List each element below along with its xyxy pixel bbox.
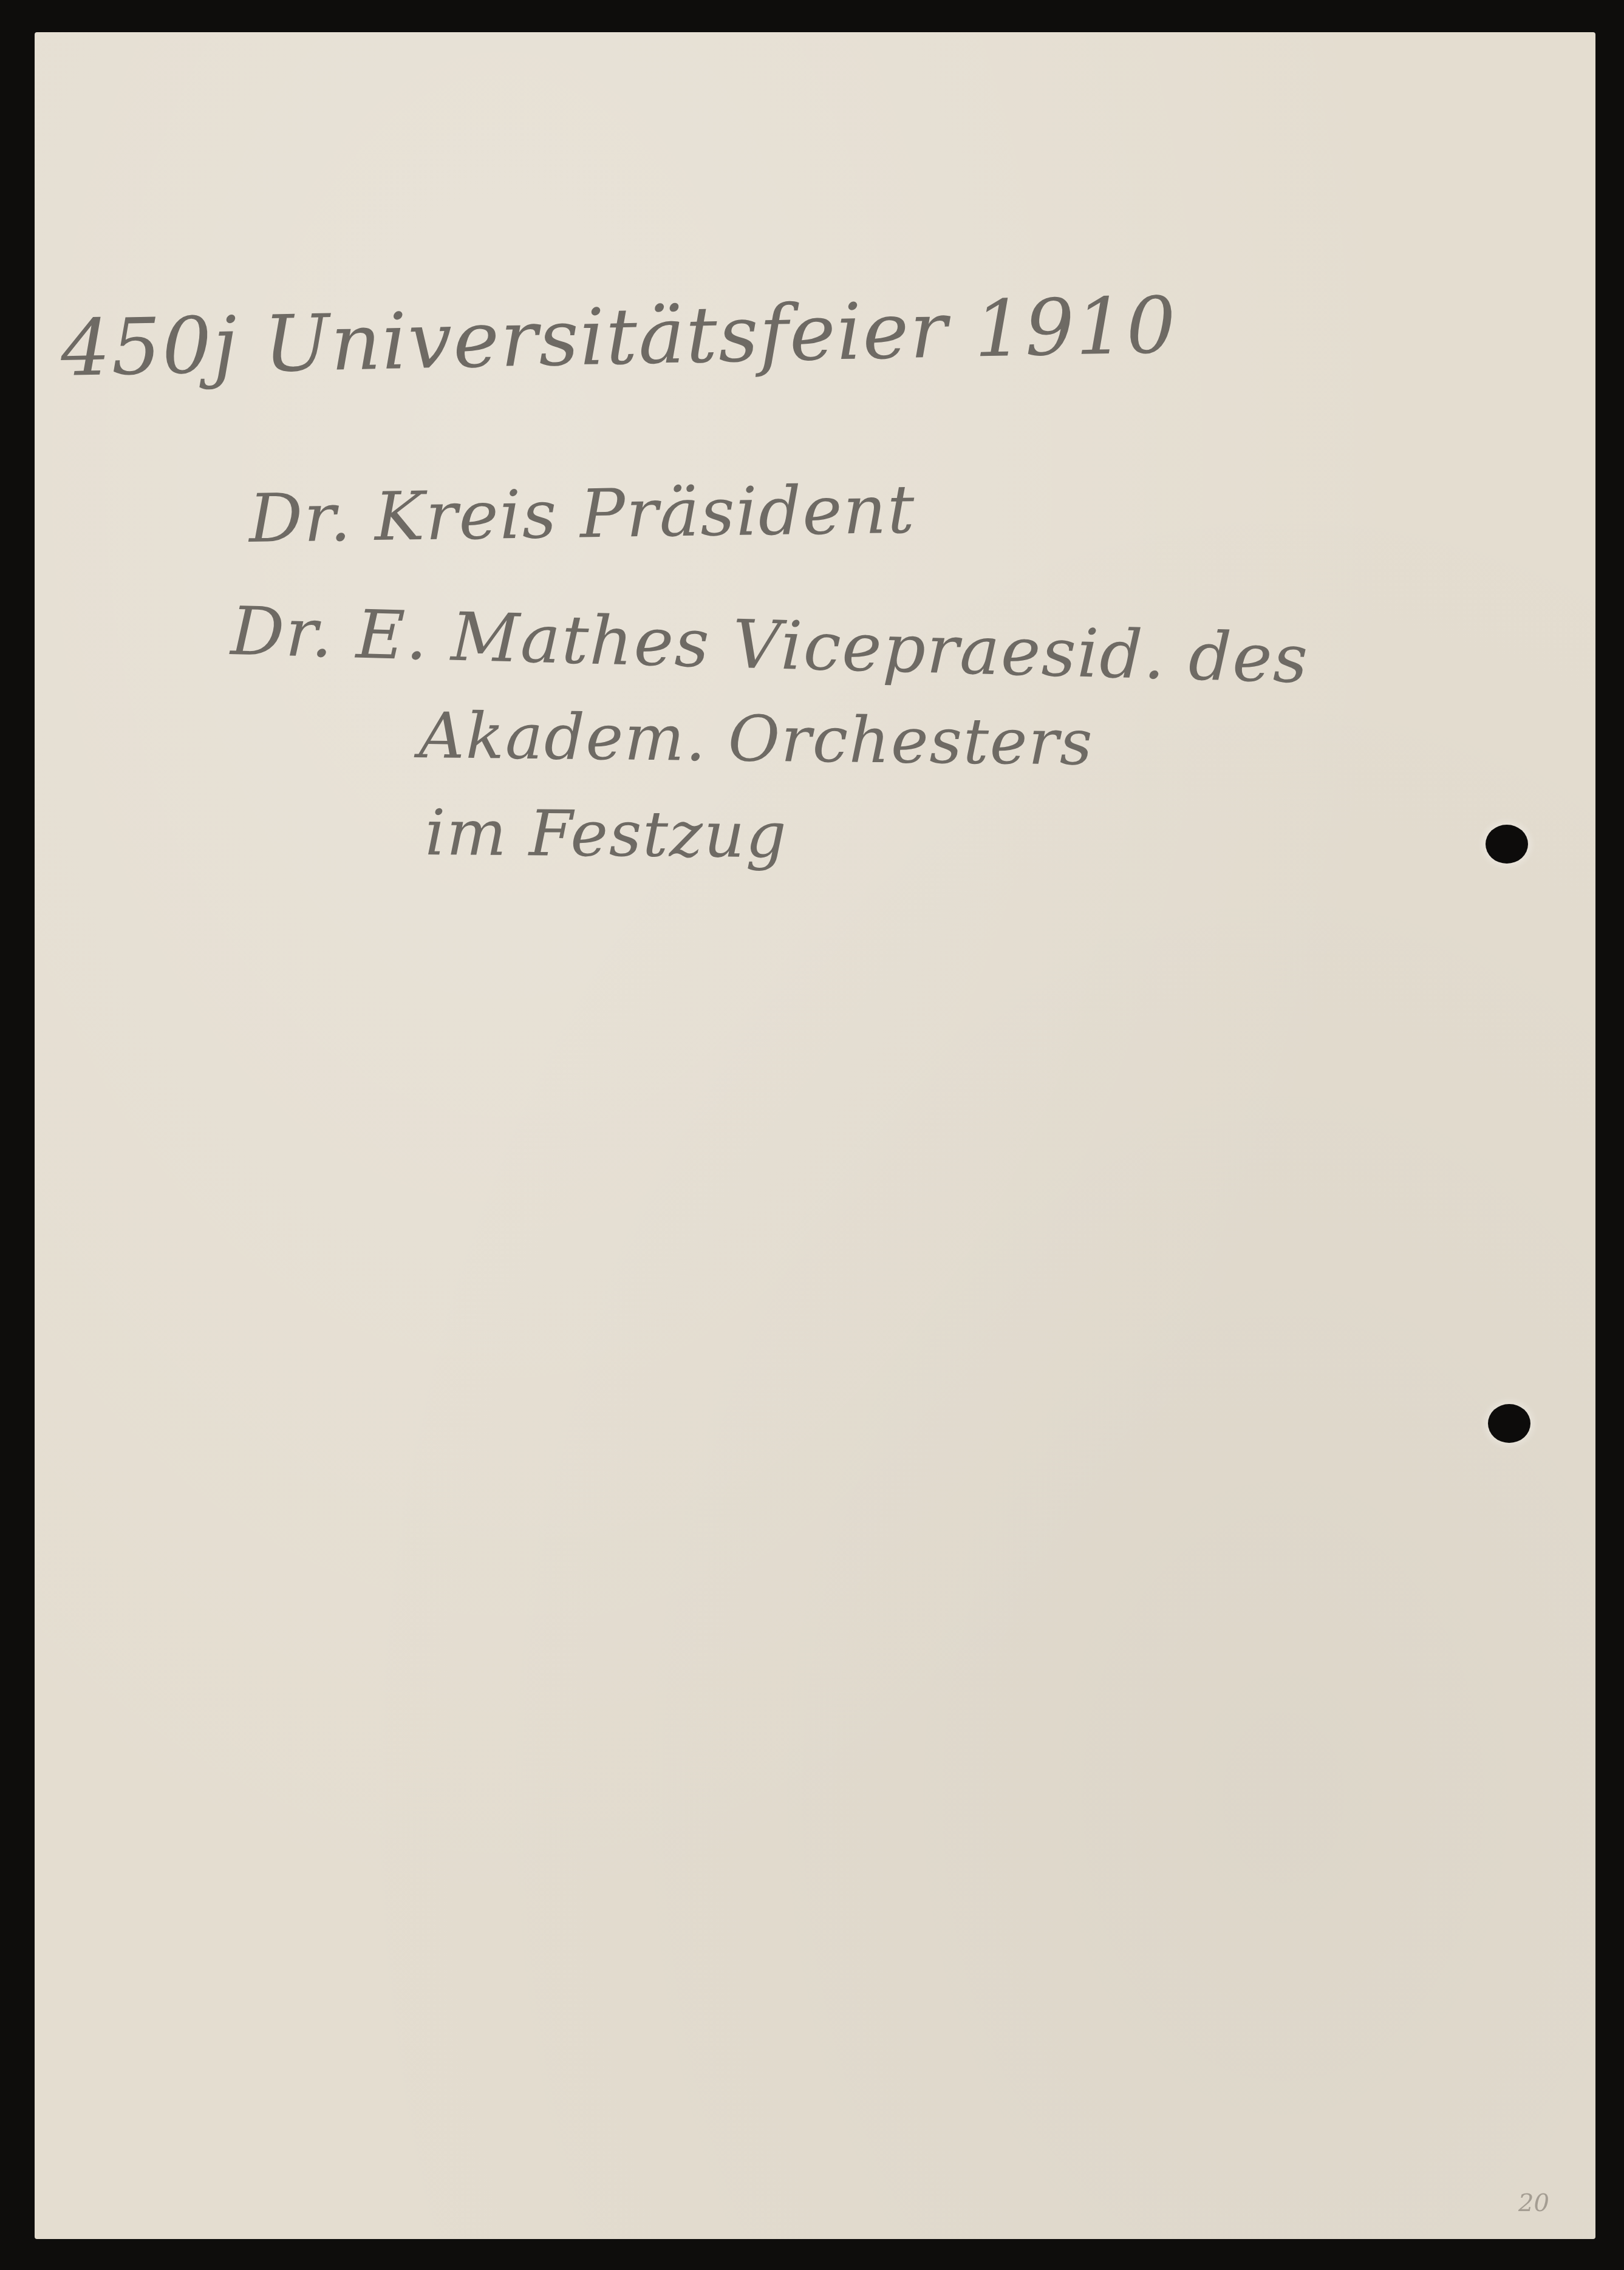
- page-number: 20: [1518, 2189, 1549, 2217]
- handwritten-line-orchestra: Akadem. Orchesters: [418, 698, 1094, 780]
- handwritten-line-president: Dr. Kreis Präsident: [248, 471, 916, 557]
- handwritten-line-procession: im Festzug: [425, 796, 788, 872]
- punch-hole-upper: [1486, 825, 1528, 864]
- punch-hole-lower: [1488, 1404, 1530, 1443]
